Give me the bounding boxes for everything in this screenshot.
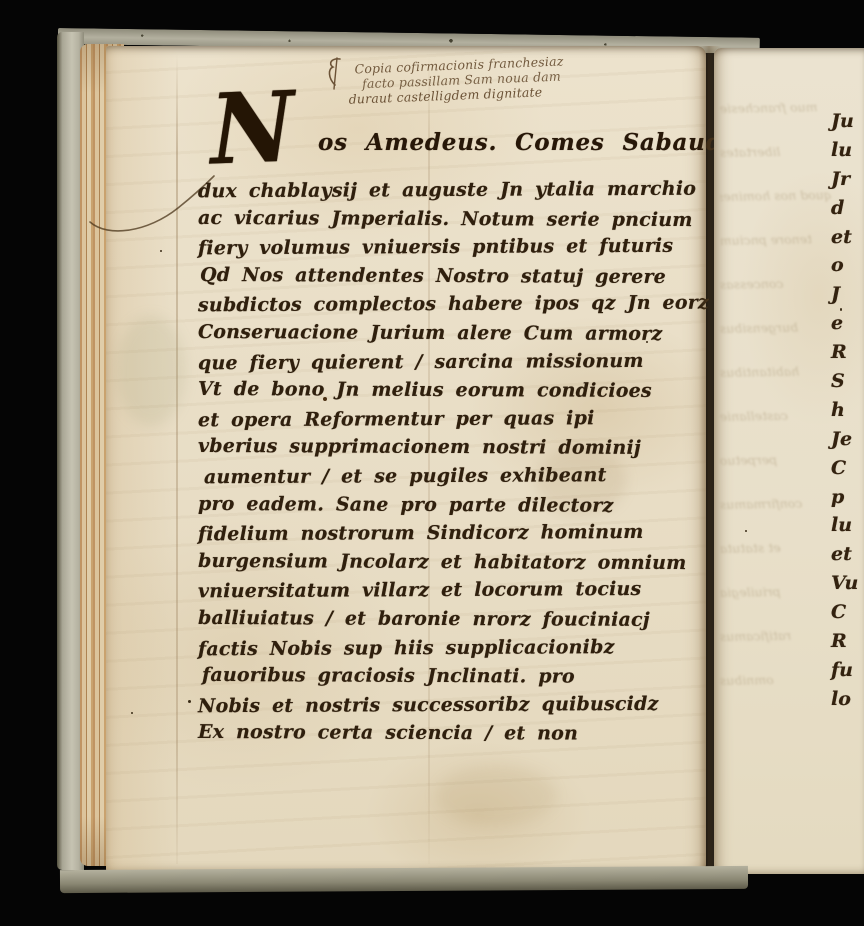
- ink-speck: [646, 341, 648, 343]
- text-line: Nobis et nostris successoribz quibuscidz: [198, 689, 684, 720]
- showthrough-line: perpetuo: [720, 451, 833, 497]
- showthrough-line: ratificamus: [720, 627, 833, 673]
- text-line: et opera Reformentur per quas ipi: [198, 403, 684, 434]
- text-line: pro eadem. Sane pro parte dilectorz: [198, 489, 684, 520]
- recto-line-fragment: Vu: [831, 572, 858, 601]
- recto-page: muo franchesie libertates quod nos homin…: [714, 48, 864, 874]
- text-line: dux chablaysij et auguste Jn ytalia marc…: [198, 175, 684, 206]
- text-line: Qd Nos attendentes Nostro statuj gerere: [198, 261, 684, 292]
- recto-line-fragment: o: [831, 254, 858, 283]
- text-line: que fiery quierent / sarcina missionum: [198, 346, 684, 377]
- text-line: factis Nobis sup hiis supplicacionibz: [198, 632, 684, 663]
- showthrough-line: castellanie: [720, 407, 833, 453]
- ink-speck: [188, 700, 191, 703]
- showthrough-line: et statuta: [720, 539, 833, 585]
- showthrough-line: burgensibus: [720, 319, 833, 365]
- recto-line-fragment: lo: [831, 688, 858, 717]
- recto-line-fragment: lu: [831, 139, 858, 168]
- book-cover-bottom-edge: [60, 866, 748, 893]
- text-line: vniuersitatum villarz et locorum tocius: [198, 575, 684, 606]
- ink-speck: [323, 397, 327, 401]
- showthrough-line: concessas: [720, 275, 833, 321]
- parchment-stain: [116, 316, 186, 426]
- showthrough-line: muo franchesie: [720, 99, 833, 145]
- recto-line-fragment: h: [831, 399, 858, 428]
- text-line: ac vicarius Jmperialis. Notum serie pnci…: [198, 204, 684, 235]
- parchment-stain: [436, 766, 556, 826]
- paragraph-mark-icon: [325, 56, 345, 96]
- text-line: aumentur / et se pugiles exhibeant: [198, 461, 684, 492]
- recto-line-fragment: p: [831, 486, 858, 515]
- ink-speck: [131, 712, 133, 714]
- showthrough-text: muo franchesie libertates quod nos homin…: [720, 100, 832, 716]
- text-line: vberius supprimacionem nostri dominij: [198, 432, 684, 463]
- recto-line-fragment: et: [831, 543, 858, 572]
- showthrough-line: quod nos homines: [720, 187, 833, 233]
- text-line: Vt de bono Jn melius eorum condicioes: [198, 375, 684, 406]
- recto-line-fragment: J: [831, 283, 858, 312]
- text-line: fidelium nostrorum Sindicorz hominum: [198, 518, 684, 549]
- ink-speck: [840, 308, 842, 311]
- showthrough-line: habitantibus: [720, 363, 833, 409]
- showthrough-line: priuilegia: [720, 583, 833, 629]
- showthrough-line: omnibus: [720, 671, 833, 717]
- ink-speck: [745, 530, 747, 532]
- showthrough-line: confirmamus: [720, 495, 833, 541]
- recto-line-fragment: lu: [831, 514, 858, 543]
- recto-line-fragment: fu: [831, 659, 858, 688]
- recto-line-fragment: e: [831, 312, 858, 341]
- text-line: fiery volumus vniuersis pntibus et futur…: [198, 232, 684, 263]
- text-line: subdictos complectos habere ipos qz Jn e…: [198, 289, 684, 320]
- recto-line-fragment: C: [831, 601, 858, 630]
- recto-line-fragments: Ju lu Jr d et o J e R S h Je: [831, 110, 858, 717]
- showthrough-line: libertates: [720, 143, 833, 189]
- text-line: fauoribus graciosis Jnclinati. pro: [198, 661, 684, 692]
- recto-line-fragment: R: [831, 630, 858, 659]
- text-lines: dux chablaysij et auguste Jn ytalia marc…: [198, 176, 684, 748]
- text-line: burgensium Jncolarz et habitatorz omnium: [198, 547, 684, 578]
- recto-line-fragment: S: [831, 370, 858, 399]
- recto-line-fragment: C: [831, 457, 858, 486]
- manuscript-photo: Copia cofirmacionis franchesiaz facto pa…: [0, 0, 864, 926]
- recto-line-fragment: Je: [831, 428, 858, 457]
- recto-line-fragment: d: [831, 197, 858, 226]
- recto-line-fragment: Ju: [831, 110, 858, 139]
- manuscript-text: os Amedeus. Comes Sabaudie dux chablaysi…: [198, 112, 684, 748]
- text-line-first: os Amedeus. Comes Sabaudie: [198, 112, 684, 176]
- recto-line-fragment: et: [831, 226, 858, 255]
- ink-speck: [160, 250, 162, 252]
- recto-line-fragment: Jr: [831, 168, 858, 197]
- text-line: Ex nostro certa sciencia / et non: [198, 718, 684, 749]
- text-line: balliuiatus / et baronie nrorz fouciniac…: [198, 604, 684, 635]
- recto-line-fragment: R: [831, 341, 858, 370]
- text-line: Conseruacione Jurium alere Cum armorz: [198, 318, 684, 349]
- showthrough-line: tenore pncium: [720, 231, 833, 277]
